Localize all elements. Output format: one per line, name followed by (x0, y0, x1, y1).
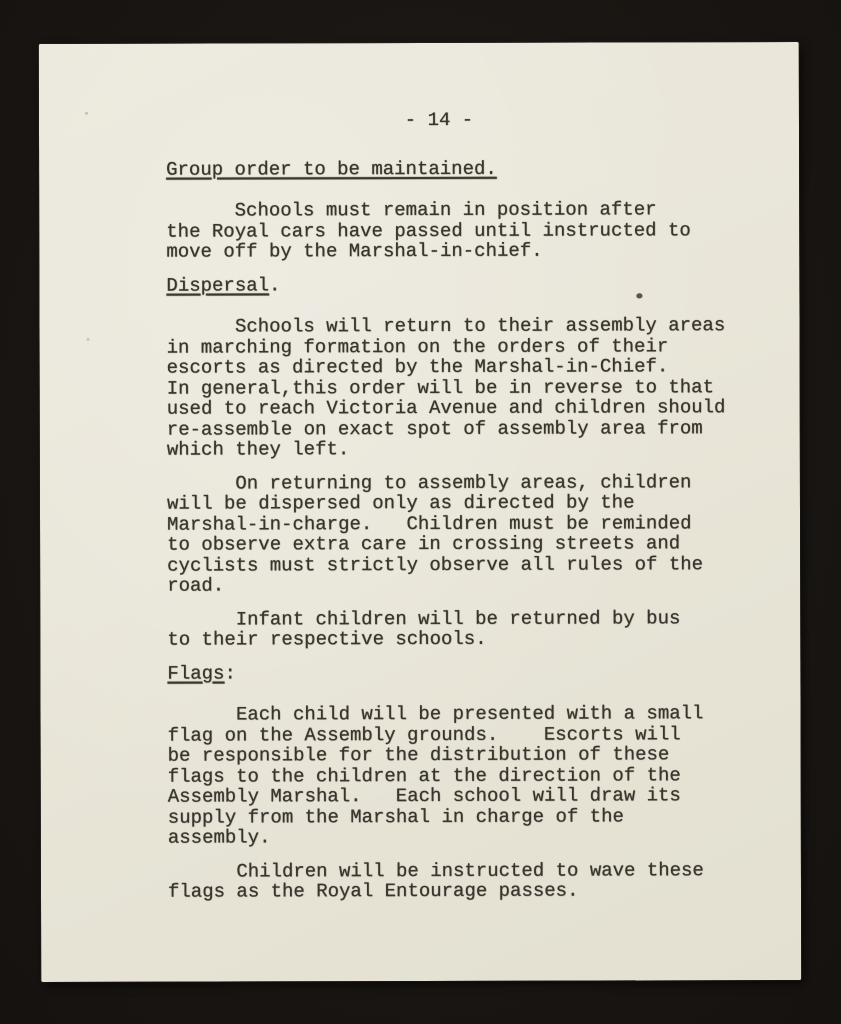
paragraph: Each child will be presented with a smal… (168, 703, 714, 848)
paragraph-line: Infant children will be returned by bus (167, 608, 713, 630)
paragraph: Schools will return to their assembly ar… (166, 315, 712, 460)
section-heading: Flags: (167, 662, 713, 684)
paragraph-line: flags as the Royal Entourage passes. (168, 880, 714, 902)
paragraph-line: escorts as directed by the Marshal-in-Ch… (167, 356, 713, 378)
paragraph-line: move off by the Marshal-in-chief. (166, 240, 712, 262)
paragraph: On returning to assembly areas, children… (167, 472, 713, 596)
paragraph-line: Assembly Marshal. Each school will draw … (168, 785, 714, 807)
paragraph-line: the Royal cars have passed until instruc… (166, 220, 712, 242)
paragraph-line: assembly. (168, 826, 714, 848)
paragraph-line: used to reach Victoria Avenue and childr… (167, 397, 713, 419)
paragraph-line: in marching formation on the orders of t… (167, 336, 713, 358)
paragraph: Infant children will be returned by bust… (167, 608, 713, 650)
paper-speck (87, 338, 90, 341)
paragraph-line: flag on the Assembly grounds. Escorts wi… (168, 724, 714, 746)
paragraph-line: which they left. (167, 438, 713, 460)
paragraph-line: re-assemble on exact spot of assembly ar… (167, 418, 713, 440)
paragraph-line: be responsible for the distribution of t… (168, 744, 714, 766)
paragraph-line: On returning to assembly areas, children (167, 472, 713, 494)
paragraph-line: Marshal-in-charge. Children must be remi… (167, 513, 713, 535)
paragraph-line: will be dispersed only as directed by th… (167, 492, 713, 514)
page-number: - 14 - (166, 109, 712, 131)
paragraph-line: cyclists must strictly observe all rules… (167, 554, 713, 576)
paragraph-line: Schools must remain in position after (166, 199, 712, 221)
paragraph-line: road. (167, 574, 713, 596)
heading-trailing-punctuation: . (269, 274, 280, 296)
paragraph: Children will be instructed to wave thes… (168, 860, 714, 902)
section-heading: Dispersal. (166, 274, 712, 296)
paragraph-line: supply from the Marshal in charge of the (168, 806, 714, 828)
heading-underlined-text: Group order to be maintained. (166, 157, 497, 180)
paper-speck (85, 112, 88, 115)
paragraph-line: Each child will be presented with a smal… (168, 703, 714, 725)
paragraph-line: Children will be instructed to wave thes… (168, 860, 714, 882)
section-heading: Group order to be maintained. (166, 158, 712, 180)
paragraph-line: In general,this order will be in reverse… (167, 377, 713, 399)
scan-background: { "page": { "paper_color": "#e9e6d9", "b… (0, 0, 841, 1024)
paragraph-line: to their respective schools. (167, 628, 713, 650)
scanned-page: - 14 -Group order to be maintained. Scho… (39, 42, 801, 982)
paragraph: Schools must remain in position afterthe… (166, 199, 712, 262)
paragraph-line: Schools will return to their assembly ar… (166, 315, 712, 337)
heading-underlined-text: Flags (167, 662, 224, 684)
paragraph-line: to observe extra care in crossing street… (167, 533, 713, 555)
paragraph-line: flags to the children at the direction o… (168, 765, 714, 787)
document-content: - 14 -Group order to be maintained. Scho… (166, 109, 714, 915)
heading-trailing-punctuation: : (224, 662, 235, 684)
heading-underlined-text: Dispersal (166, 274, 269, 296)
